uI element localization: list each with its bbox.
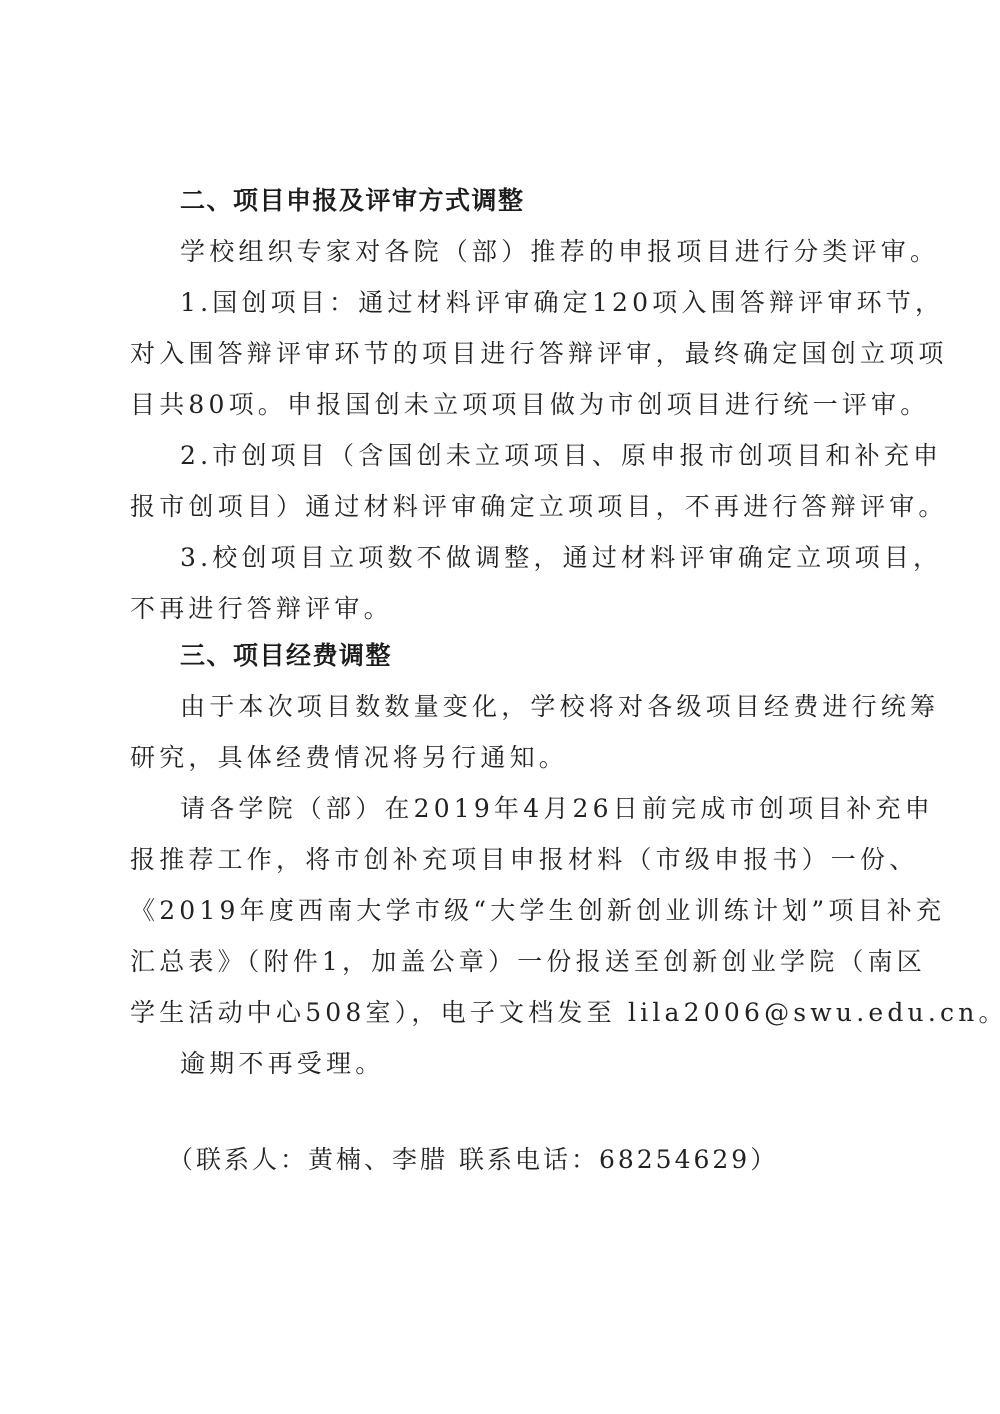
paragraph-line: 目共80项。申报国创未立项项目做为市创项目进行统一评审。: [130, 385, 875, 425]
paragraph-line: 3.校创项目立项数不做调整，通过材料评审确定立项项目，: [180, 538, 875, 578]
paragraph-line: 报市创项目）通过材料评审确定立项项目，不再进行答辩评审。: [130, 487, 875, 527]
paragraph-line: 由于本次项目数数量变化，学校将对各级项目经费进行统筹: [180, 687, 875, 727]
section-heading-3: 三、项目经费调整: [180, 636, 875, 676]
paragraph-line: 报推荐工作，将市创补充项目申报材料（市级申报书）一份、: [130, 840, 875, 880]
paragraph-line: 1.国创项目：通过材料评审确定120项入围答辩评审环节，: [180, 283, 875, 323]
paragraph-line: 请各学院（部）在2019年4月26日前完成市创项目补充申: [180, 789, 875, 829]
contact-info: （联系人：黄楠、李腊 联系电话：68254629）: [168, 1140, 913, 1180]
section-heading-2: 二、项目申报及评审方式调整: [180, 181, 875, 221]
paragraph-line: 汇总表》（附件1，加盖公章）一份报送至创新创业学院（南区: [130, 942, 875, 982]
paragraph-line: 学生活动中心508室），电子文档发至 lila2006@swu.edu.cn。: [130, 993, 875, 1033]
paragraph-line: 不再进行答辩评审。: [130, 589, 875, 629]
document-page: 二、项目申报及评审方式调整 学校组织专家对各院（部）推荐的申报项目进行分类评审。…: [0, 0, 1000, 1414]
paragraph-line: 逾期不再受理。: [180, 1044, 875, 1084]
paragraph-line: 《2019年度西南大学市级“大学生创新创业训练计划”项目补充: [130, 891, 875, 931]
paragraph-line: 学校组织专家对各院（部）推荐的申报项目进行分类评审。: [180, 232, 875, 272]
paragraph-line: 研究，具体经费情况将另行通知。: [130, 738, 875, 778]
paragraph-line: 2.市创项目（含国创未立项项目、原申报市创项目和补充申: [180, 436, 875, 476]
paragraph-line: 对入围答辩评审环节的项目进行答辩评审，最终确定国创立项项: [130, 334, 875, 374]
